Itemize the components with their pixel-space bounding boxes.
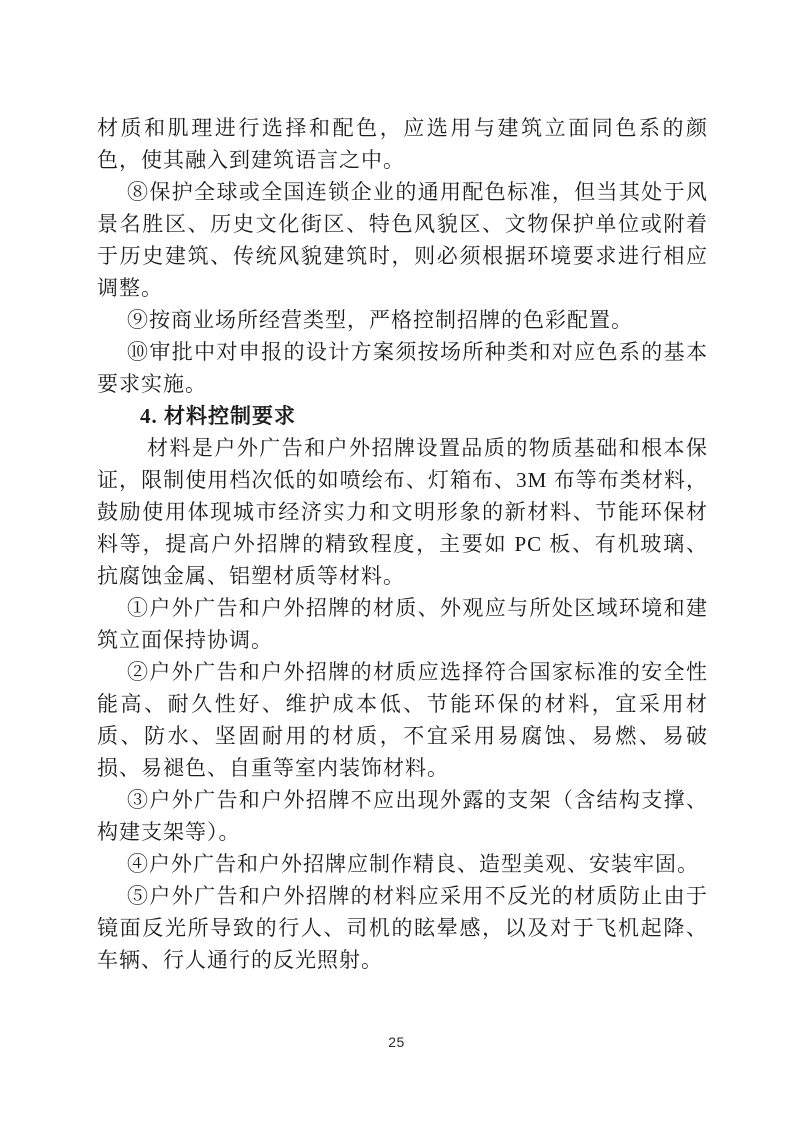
page-footer: 25	[0, 1034, 793, 1052]
section-heading: 4. 材料控制要求	[97, 400, 708, 432]
paragraph: 材料是户外广告和户外招牌设置品质的物质基础和根本保证，限制使用档次低的如喷绘布、…	[97, 432, 708, 592]
paragraph: ④户外广告和户外招牌应制作精良、造型美观、安装牢固。	[97, 848, 708, 880]
paragraph: ⑧保护全球或全国连锁企业的通用配色标准，但当其处于风景名胜区、历史文化街区、特色…	[97, 176, 708, 304]
document-page: 材质和肌理进行选择和配色，应选用与建筑立面同色系的颜色，使其融入到建筑语言之中。…	[0, 0, 793, 1122]
page-number: 25	[388, 1034, 405, 1050]
paragraph: ⑨按商业场所经营类型，严格控制招牌的色彩配置。	[97, 304, 708, 336]
paragraph: ⑤户外广告和户外招牌的材料应采用不反光的材质防止由于镜面反光所导致的行人、司机的…	[97, 880, 708, 976]
paragraph: ⑩审批中对申报的设计方案须按场所种类和对应色系的基本要求实施。	[97, 336, 708, 400]
paragraph: 材质和肌理进行选择和配色，应选用与建筑立面同色系的颜色，使其融入到建筑语言之中。	[97, 112, 708, 176]
paragraph: ①户外广告和户外招牌的材质、外观应与所处区域环境和建筑立面保持协调。	[97, 592, 708, 656]
document-body: 材质和肌理进行选择和配色，应选用与建筑立面同色系的颜色，使其融入到建筑语言之中。…	[97, 112, 708, 976]
paragraph: ②户外广告和户外招牌的材质应选择符合国家标准的安全性能高、耐久性好、维护成本低、…	[97, 656, 708, 784]
paragraph: ③户外广告和户外招牌不应出现外露的支架（含结构支撑、构建支架等）。	[97, 784, 708, 848]
